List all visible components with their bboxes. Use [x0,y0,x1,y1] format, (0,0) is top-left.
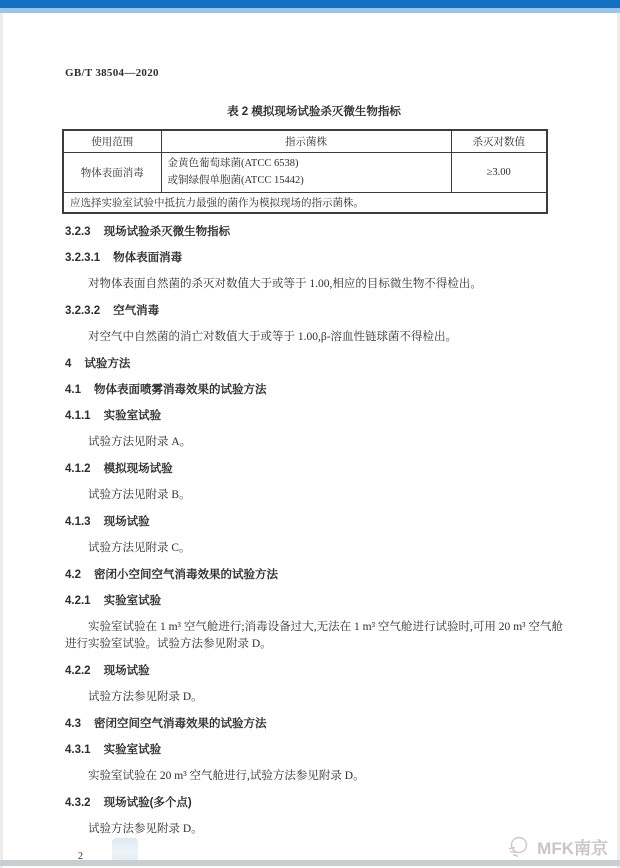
section-heading-4-1: 4.1物体表面喷雾消毒效果的试验方法 [65,383,563,398]
table-row: 物体表面消毒 金黄色葡萄球菌(ATCC 6538) 或铜绿假单胞菌(ATCC 1… [63,152,547,192]
page-content: GB/T 38504—2020 表 2 模拟现场试验杀灭微生物指标 使用范围 指… [0,13,620,862]
paragraph-3-2-3-1: 对物体表面自然菌的杀灭对数值大于或等于 1.00,相应的目标微生物不得检出。 [65,276,563,293]
strain-line-2: 或铜绿假单胞菌(ATCC 15442) [168,172,445,189]
section-heading-4-2: 4.2密闭小空间空气消毒效果的试验方法 [65,568,563,583]
section-heading-4-1-1: 4.1.1实验室试验 [65,409,563,424]
paragraph-4-3-2: 试验方法参见附录 D。 [65,821,563,838]
section-heading-4-3-1: 4.3.1实验室试验 [65,743,563,758]
section-heading-4-2-1: 4.2.1实验室试验 [65,594,563,609]
cell-strain: 金黄色葡萄球菌(ATCC 6538) 或铜绿假单胞菌(ATCC 15442) [161,152,451,192]
col-header-strain: 指示菌株 [161,130,451,152]
section-heading-3-2-3: 3.2.3现场试验杀灭微生物指标 [65,225,563,240]
section-heading-3-2-3-2: 3.2.3.2空气消毒 [65,304,563,319]
section-heading-4-2-2: 4.2.2现场试验 [65,664,563,679]
col-header-value: 杀灭对数值 [451,130,547,152]
table-title: 表 2 模拟现场试验杀灭微生物指标 [65,103,563,119]
bottom-gray-bar [0,860,620,866]
watermark: MFK南京 [505,833,608,859]
document-page: GB/T 38504—2020 表 2 模拟现场试验杀灭微生物指标 使用范围 指… [0,0,620,868]
paragraph-4-1-2: 试验方法见附录 B。 [65,487,563,504]
stamp-square-icon [112,838,138,862]
section-heading-4-1-2: 4.1.2模拟现场试验 [65,462,563,477]
paragraph-4-2-1: 实验室试验在 1 m³ 空气舱进行;消毒设备过大,无法在 1 m³ 空气舱进行试… [65,619,563,653]
cell-scope: 物体表面消毒 [63,152,161,192]
table-header-row: 使用范围 指示菌株 杀灭对数值 [63,130,547,152]
top-blue-bar [0,0,620,8]
section-heading-4-1-3: 4.1.3现场试验 [65,515,563,530]
watermark-text: MFK南京 [537,834,608,859]
col-header-scope: 使用范围 [63,130,161,152]
section-heading-3-2-3-1: 3.2.3.1物体表面消毒 [65,251,563,266]
mfk-logo-icon [505,833,531,859]
paragraph-4-3-1: 实验室试验在 20 m³ 空气舱进行,试验方法参见附录 D。 [65,768,563,785]
paragraph-4-1-3: 试验方法见附录 C。 [65,540,563,557]
paragraph-4-2-2: 试验方法参见附录 D。 [65,689,563,706]
section-heading-4-3: 4.3密闭空间空气消毒效果的试验方法 [65,717,563,732]
section-heading-4: 4试验方法 [65,357,563,372]
section-heading-4-3-2: 4.3.2现场试验(多个点) [65,796,563,811]
paragraph-4-1-1: 试验方法见附录 A。 [65,434,563,451]
indicator-table: 使用范围 指示菌株 杀灭对数值 物体表面消毒 金黄色葡萄球菌(ATCC 6538… [62,129,548,214]
table-footnote: 应选择实验室试验中抵抗力最强的菌作为模拟现场的指示菌株。 [63,192,547,213]
strain-line-1: 金黄色葡萄球菌(ATCC 6538) [168,155,445,172]
table-footnote-row: 应选择实验室试验中抵抗力最强的菌作为模拟现场的指示菌株。 [63,192,547,213]
paragraph-3-2-3-2: 对空气中自然菌的消亡对数值大于或等于 1.00,β-溶血性链球菌不得检出。 [65,329,563,346]
cell-kill-log-value: ≥3.00 [451,152,547,192]
standard-code: GB/T 38504—2020 [65,67,563,79]
